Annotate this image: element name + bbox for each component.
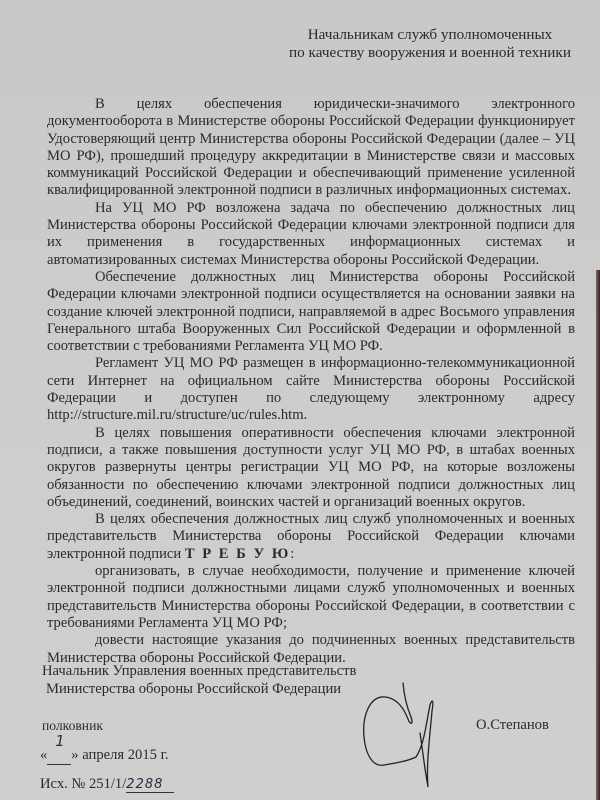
date-day-handwritten: 1 <box>55 732 65 750</box>
regulation-url: http://structure.mil.ru/structure/uc/rul… <box>47 407 307 423</box>
paragraph-5: В целях повышения оперативности обеспече… <box>47 425 575 511</box>
addressee-block: Начальникам служб уполномоченных по каче… <box>280 26 580 62</box>
paragraph-7: организовать, в случае необходимости, по… <box>47 563 575 632</box>
handwritten-signature-icon <box>358 675 468 795</box>
demand-colon: : <box>290 546 294 562</box>
page-edge-shadow <box>596 270 600 800</box>
paragraph-2: На УЦ МО РФ возложена задача по обеспече… <box>47 200 575 269</box>
outgoing-number: Исх. № 251/1/2288 <box>40 776 174 793</box>
paragraph-3: Обеспечение должностных лиц Министерства… <box>47 269 575 355</box>
paragraph-6-text: В целях обеспечения должностных лиц служ… <box>47 511 575 562</box>
addressee-line-1: Начальникам служб уполномоченных <box>280 26 580 44</box>
signatory-rank: полковник <box>42 718 103 734</box>
letter-body: В целях обеспечения юридически-значимого… <box>47 96 575 667</box>
document-date: « 1» апреля 2015 г. <box>40 747 169 765</box>
paragraph-4: Регламент УЦ МО РФ размещен в информацио… <box>47 355 575 424</box>
signatory-title-line-2: Министерства обороны Российской Федераци… <box>42 680 356 698</box>
addressee-line-2: по качеству вооружения и военной техники <box>280 44 580 62</box>
signer-name: О.Степанов <box>476 717 549 734</box>
outgoing-handwritten-number: 2288 <box>126 777 174 793</box>
date-open-quote: « <box>40 747 47 763</box>
paragraph-1: В целях обеспечения юридически-значимого… <box>47 96 575 200</box>
signatory-title-line-1: Начальник Управления военных представите… <box>42 663 356 679</box>
outgoing-prefix: Исх. № 251/1/ <box>40 776 126 792</box>
date-rest: » апреля 2015 г. <box>71 747 168 763</box>
paragraph-4-text: Регламент УЦ МО РФ размещен в информацио… <box>47 355 575 406</box>
signatory-title: Начальник Управления военных представите… <box>42 662 356 698</box>
paragraph-6: В целях обеспечения должностных лиц служ… <box>47 511 575 563</box>
date-day-field: 1 <box>47 747 71 765</box>
demand-word: Т Р Е Б У Ю <box>185 546 290 562</box>
